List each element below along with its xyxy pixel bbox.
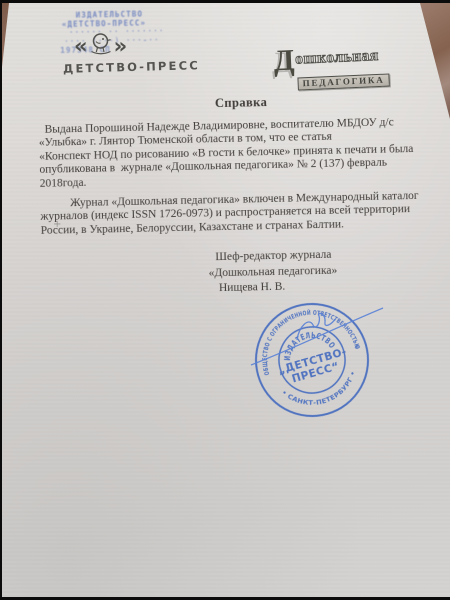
paragraph-2: Журнал «Дошкольная педагогика» включен в… <box>40 189 427 238</box>
journal-logo-initial: Д <box>273 47 295 75</box>
chick-icon <box>88 31 114 61</box>
guillemet-right: » <box>114 33 128 59</box>
journal-logo-word: ошкольная <box>295 47 379 69</box>
journal-logo: Д ошкольная ПЕДАГОГИКА <box>273 43 390 93</box>
ink-speck: + <box>53 219 61 230</box>
journal-logo-subtitle-box: ПЕДАГОГИКА <box>297 73 389 90</box>
paragraph-1: Выдана Порошиной Надежде Владимировне, в… <box>38 115 425 191</box>
guillemet-left: « <box>74 33 88 59</box>
photo-frame: ИЗДАТЕЛЬСТВО «ДЕТСТВО-ПРЕСС» ······ ·· ·… <box>0 0 450 600</box>
certificate-body: Справка Выдана Порошиной Надежде Владими… <box>38 93 428 300</box>
pen-signature <box>235 288 400 378</box>
publisher-logo: « » <box>74 31 127 61</box>
